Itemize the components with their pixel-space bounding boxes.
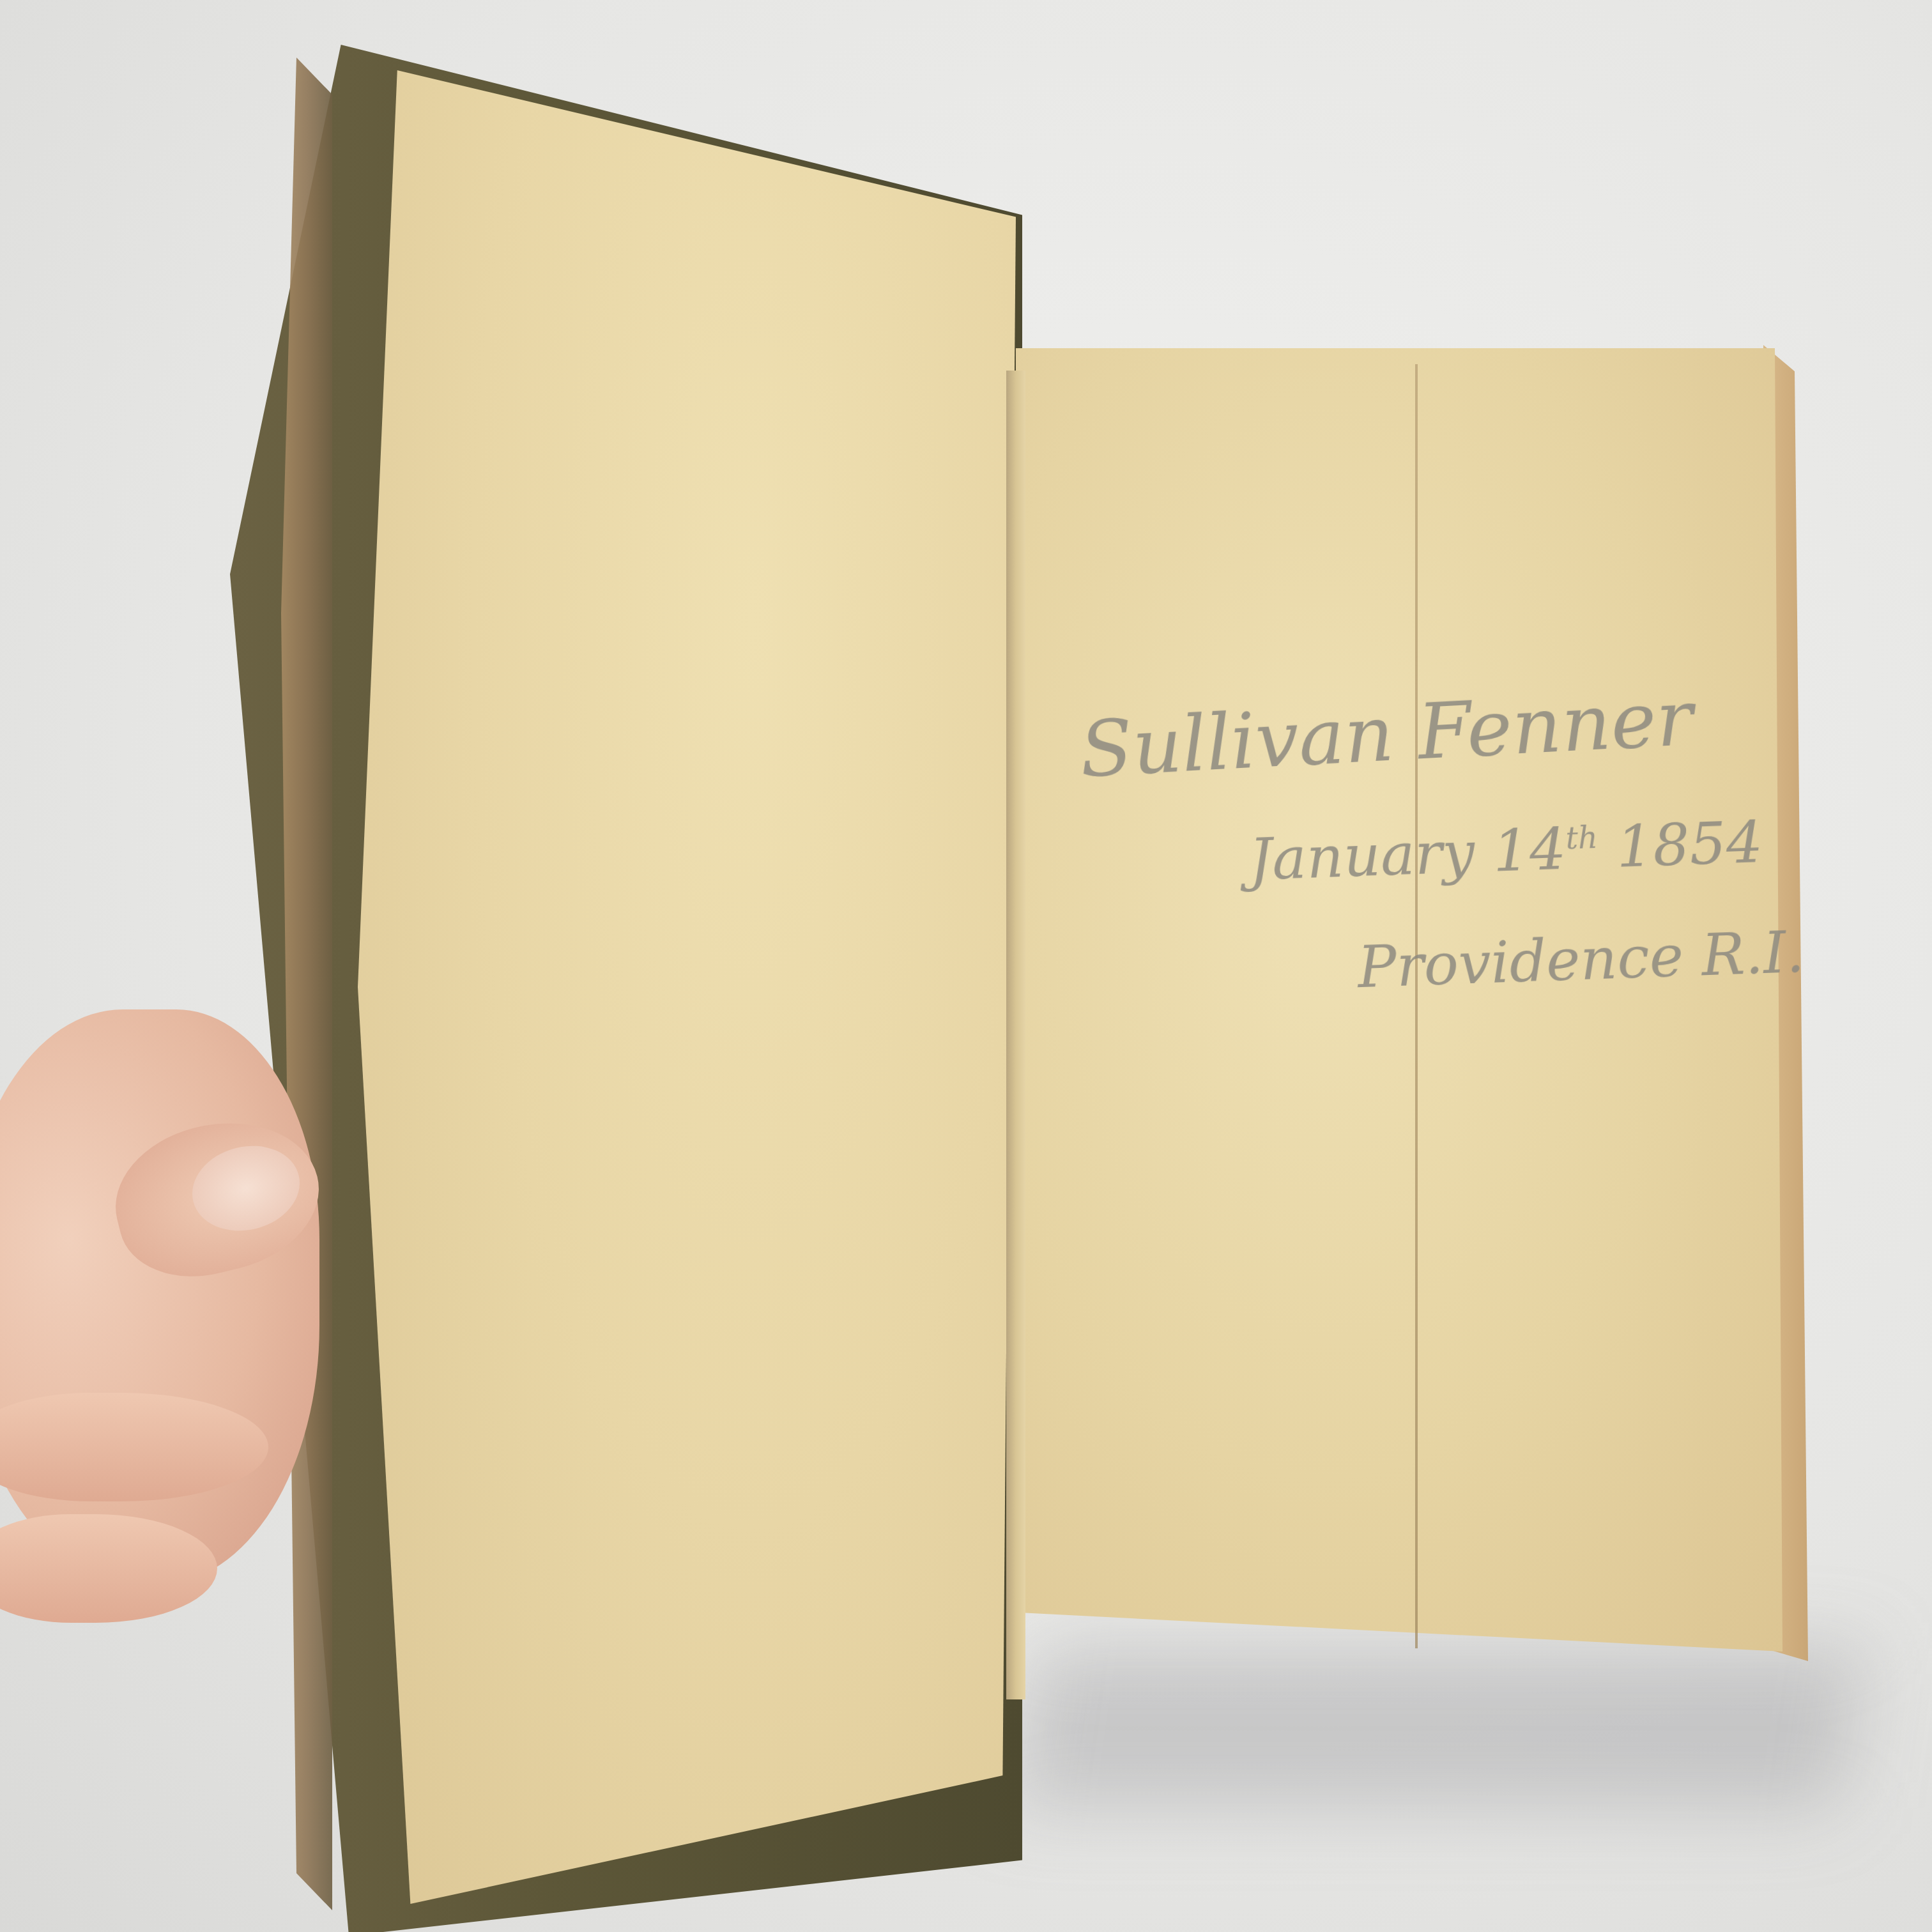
inscription-date-year: 1854	[1615, 809, 1764, 881]
photo-scene: Sullivan Fenner January 14th 1854 Provid…	[0, 0, 1932, 1932]
front-endpaper	[358, 70, 1016, 1904]
page-fold-line	[1415, 364, 1418, 1648]
inscription-date-suffix: th	[1565, 820, 1598, 857]
inscription-date-day: January 14	[1248, 816, 1567, 894]
book-shadow	[1011, 1648, 1864, 1808]
flyleaf-page	[1016, 348, 1782, 1652]
book-gutter	[1006, 371, 1025, 1699]
worn-cover-edge	[281, 57, 332, 1910]
